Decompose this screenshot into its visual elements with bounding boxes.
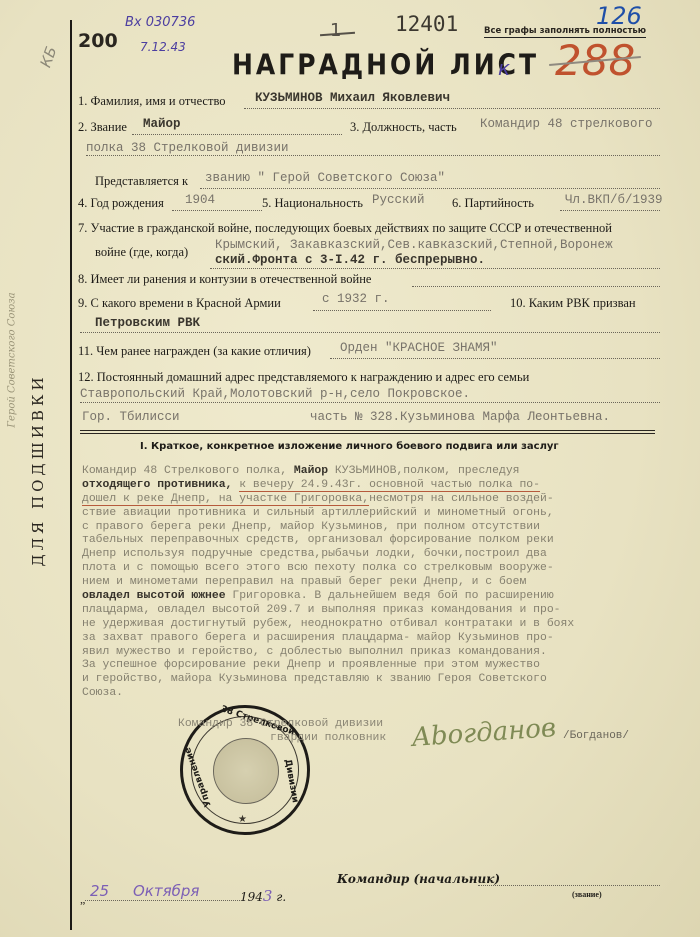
- serial-number: 12401: [395, 12, 458, 36]
- field-9-value: с 1932 г.: [322, 292, 390, 306]
- struck-red-number: 288: [555, 36, 635, 85]
- narrative-line: дошел к реке Днепр, на участке Григоровк…: [82, 493, 662, 507]
- field-1-value: КУЗЬМИНОВ Михаил Яковлевич: [255, 91, 450, 105]
- commander-line: [478, 885, 660, 886]
- section-title: I. Краткое, конкретное изложение личного…: [140, 441, 559, 452]
- registration-date: 7.12.43: [140, 40, 186, 54]
- field-6-label: 6. Партийность: [452, 196, 534, 211]
- stamp-emblem: [213, 738, 279, 804]
- signatory-rank: гвардии полковник: [270, 732, 386, 744]
- field-5-label: 5. Национальность: [262, 196, 363, 211]
- section-divider: [80, 430, 655, 431]
- narrative-line: За успешное форсирование реки Днепр и пр…: [82, 659, 662, 673]
- commander-label: Командир (начальник): [337, 872, 500, 886]
- margin-handwritten-note: Герой Советского Союза: [7, 292, 18, 427]
- narrative-line: ствие авиации противника и сильный артил…: [82, 507, 662, 521]
- field-1-label: 1. Фамилия, имя и отчество: [78, 94, 226, 109]
- stamp-left-text: Управление: [183, 746, 214, 808]
- binding-line: [70, 20, 72, 930]
- field-7-label-cont: войне (где, когда): [95, 245, 188, 260]
- field-3-label: 3. Должность, часть: [350, 120, 457, 135]
- field-8-label: 8. Имеет ли ранения и контузии в отечест…: [78, 272, 371, 287]
- handwritten-signature: Abогданов: [411, 713, 557, 753]
- archive-number: 126: [596, 2, 642, 30]
- field-12-label: 12. Постоянный домашний адрес представля…: [78, 370, 529, 385]
- field-6-line: [560, 210, 660, 211]
- field-7-label: 7. Участие в гражданской войне, последую…: [78, 221, 612, 236]
- field-3-value-cont: полка 38 Стрелковой дивизии: [86, 141, 289, 155]
- field-3-value: Командир 48 стрелкового: [480, 117, 653, 131]
- field-7-line: [210, 268, 660, 269]
- field-2-value: Майор: [143, 117, 181, 131]
- field-5-value: Русский: [372, 193, 425, 207]
- rank-note: (звание): [572, 890, 602, 899]
- binding-label: ДЛЯ ПОДШИВКИ: [29, 373, 47, 566]
- date-month: Октября: [133, 882, 199, 900]
- field-12-value: Ставропольский Край,Молотовский р-н,село…: [80, 387, 470, 401]
- field-7-value-cont: ский.Фронта с 3-I.42 г. беспрерывно.: [215, 253, 485, 267]
- field-11-label: 11. Чем ранее награжден (за какие отличи…: [78, 344, 311, 359]
- narrative-line: явил мужество и геройство, с доблестью в…: [82, 646, 662, 660]
- stamp-right-text: Дивизии: [282, 758, 300, 803]
- signatory-unit: Командир 38 Стрелковой дивизии: [178, 718, 383, 730]
- narrative-line: не удерживая достигнутый рубеж, неоднокр…: [82, 618, 662, 632]
- presented-label: Представляется к: [95, 174, 188, 189]
- field-4-label: 4. Год рождения: [78, 196, 164, 211]
- narrative-line: за захват правого берега и расширения пл…: [82, 632, 662, 646]
- award-sheet-page: КБ Герой Советского Союза ДЛЯ ПОДШИВКИ 2…: [0, 0, 700, 937]
- field-8-line: [412, 286, 660, 287]
- narrative-line: с правого берега реки Днепр, майор Кузьм…: [82, 521, 662, 535]
- signatory-name: /Богданов/: [563, 730, 629, 742]
- date-day: 25: [90, 882, 109, 900]
- narrative-line: Днепр используя подручные средства,рыбач…: [82, 548, 662, 562]
- narrative-line: табельных переправочных средств, организ…: [82, 534, 662, 548]
- corner-pencil-mark: КБ: [36, 44, 60, 70]
- narrative-line: отходящего противника, к вечеру 24.9.43г…: [82, 479, 662, 493]
- field-11-value: Орден "КРАСНОЕ ЗНАМЯ": [340, 341, 498, 355]
- field-2-line: [132, 134, 342, 135]
- field-12-line: [80, 402, 660, 403]
- narrative-line: Союза.: [82, 687, 662, 701]
- field-3-line: [86, 155, 660, 156]
- presented-value: званию " Герой Советского Союза": [205, 171, 445, 185]
- field-4-line: [172, 210, 262, 211]
- section-divider-thin: [80, 433, 655, 434]
- field-9-label: 9. С какого времени в Красной Армии: [78, 296, 281, 311]
- document-title: НАГРАДНОЙ ЛИСТ: [232, 48, 539, 81]
- sheet-number: 200: [78, 30, 118, 52]
- narrative-line: плацдарма, овладел высотой 209.7 и выпол…: [82, 604, 662, 618]
- stamp-star-icon: ★: [238, 814, 247, 825]
- registration-number: Вх 030736: [125, 15, 195, 30]
- struck-number: 1: [330, 20, 341, 41]
- field-12-value-family: часть № 328.Кузьминова Марфа Леонтьевна.: [310, 410, 610, 424]
- narrative-line: Командир 48 Стрелкового полка, Майор КУЗ…: [82, 465, 662, 479]
- field-10-line: [80, 332, 660, 333]
- title-handwritten-mark: к: [498, 56, 510, 80]
- narrative-line: и геройство, майора Кузьминова представл…: [82, 673, 662, 687]
- date-year: 1943 г.: [240, 887, 286, 905]
- merit-narrative: Командир 48 Стрелкового полка, Майор КУЗ…: [82, 465, 662, 701]
- narrative-line: плота и с помощью всего этого всю пехоту…: [82, 562, 662, 576]
- presented-line: [200, 188, 660, 189]
- field-10-label: 10. Каким РВК призван: [510, 296, 636, 311]
- field-11-line: [330, 358, 660, 359]
- field-6-value: Чл.ВКП/б/1939: [565, 193, 663, 207]
- field-2-label: 2. Звание: [78, 120, 127, 135]
- field-1-line: [244, 108, 660, 109]
- date-line: [85, 900, 240, 901]
- field-10-value: Петровским РВК: [95, 316, 200, 330]
- field-9-line: [313, 310, 491, 311]
- narrative-line: овладел высотой южнее Григоровка. В даль…: [82, 590, 662, 604]
- narrative-line: нием и минометами переправил на правый б…: [82, 576, 662, 590]
- field-7-value: Крымский, Закавказский,Сев.кавказский,Ст…: [215, 238, 613, 252]
- field-4-value: 1904: [185, 193, 215, 207]
- field-12-value-city: Гор. Тбилисси: [82, 410, 180, 424]
